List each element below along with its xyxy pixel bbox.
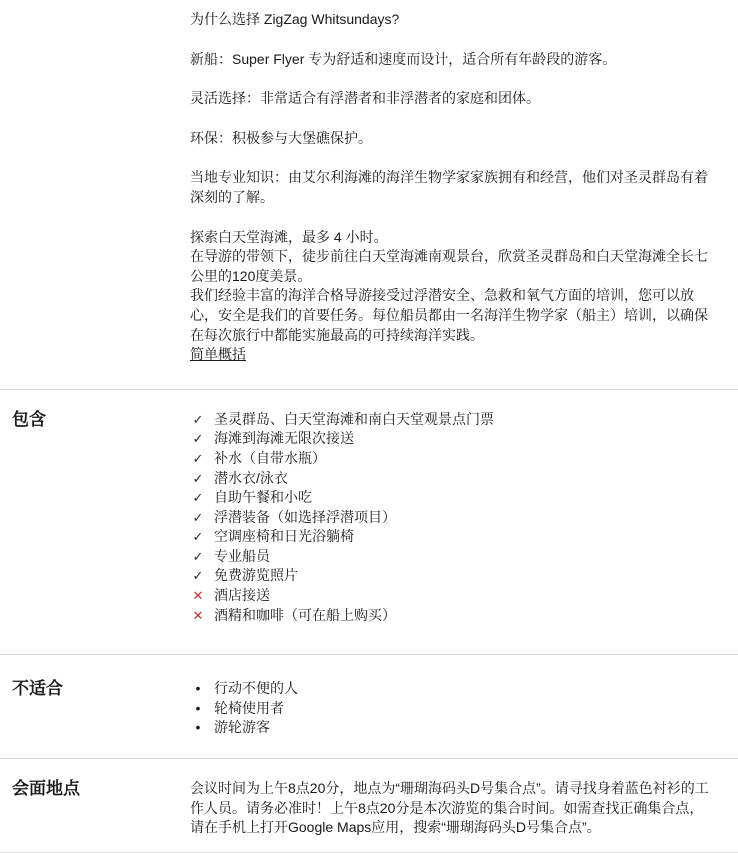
list-item-label: 圣灵群岛、白天堂海滩和南白天堂观景点门票: [214, 410, 710, 430]
meeting-point-heading: 会面地点: [12, 779, 190, 838]
intro-paragraph-new-boat: 新船：Super Flyer 专为舒适和速度而设计，适合所有年龄段的游客。: [190, 50, 710, 70]
tour-detail-page: 为什么选择 ZigZag Whitsundays? 新船：Super Flyer…: [0, 0, 738, 853]
included-item: ✓ 海滩到海滩无限次接送: [190, 429, 710, 449]
check-icon: ✓: [190, 527, 206, 547]
not-suitable-heading: 不适合: [12, 679, 190, 738]
check-icon: ✓: [190, 488, 206, 508]
tour-details-block: 探索白天堂海滩，最多 4 小时。 在导游的带领下，徒步前往白天堂海滩南观景台，欣…: [190, 228, 710, 346]
list-item-label: 空调座椅和日光浴躺椅: [214, 527, 710, 547]
intro-paragraph-flexible: 灵活选择：非常适合有浮潜者和非浮潜者的家庭和团体。: [190, 89, 710, 109]
list-item-label: 专业船员: [214, 547, 710, 567]
check-icon: ✓: [190, 410, 206, 430]
check-icon: ✓: [190, 469, 206, 489]
check-icon: ✓: [190, 429, 206, 449]
list-item-label: 酒精和咖啡（可在船上购买）: [214, 606, 710, 626]
list-item-label: 免费游览照片: [214, 566, 710, 586]
included-section: 包含 ✓ 圣灵群岛、白天堂海滩和南白天堂观景点门票 ✓ 海滩到海滩无限次接送 ✓…: [0, 390, 738, 655]
intro-paragraph-local-expertise: 当地专业知识：由艾尔利海滩的海洋生物学家家族拥有和经营，他们对圣灵群岛有着深刻的…: [190, 168, 710, 207]
included-item: ✕ 酒店接送: [190, 586, 710, 606]
meeting-point-text: 会议时间为上午8点20分，地点为“珊瑚海码头D号集合点”。请寻找身着蓝色衬衫的工…: [190, 779, 710, 838]
included-item: ✓ 专业船员: [190, 547, 710, 567]
included-item: ✓ 补水（自带水瓶）: [190, 449, 710, 469]
included-item: ✕ 酒精和咖啡（可在船上购买）: [190, 606, 710, 626]
check-icon: ✓: [190, 449, 206, 469]
detail-line-explore: 探索白天堂海滩，最多 4 小时。: [190, 228, 710, 248]
included-item: ✓ 空调座椅和日光浴躺椅: [190, 527, 710, 547]
list-item-label: 海滩到海滩无限次接送: [214, 429, 710, 449]
included-list: ✓ 圣灵群岛、白天堂海滩和南白天堂观景点门票 ✓ 海滩到海滩无限次接送 ✓ 补水…: [190, 410, 710, 626]
list-item-label: 行动不便的人: [214, 679, 710, 699]
why-choose-title: 为什么选择 ZigZag Whitsundays?: [190, 10, 710, 30]
check-icon: ✓: [190, 547, 206, 567]
detail-line-guides: 我们经验丰富的海洋合格导游接受过浮潜安全、急救和氧气方面的培训，您可以放心，安全…: [190, 286, 710, 345]
list-item-label: 轮椅使用者: [214, 699, 710, 719]
meeting-point-section: 会面地点 会议时间为上午8点20分，地点为“珊瑚海码头D号集合点”。请寻找身着蓝…: [0, 759, 738, 852]
bullet-icon: •: [190, 679, 206, 699]
check-icon: ✓: [190, 508, 206, 528]
included-item: ✓ 免费游览照片: [190, 566, 710, 586]
bullet-icon: •: [190, 699, 206, 719]
included-item: ✓ 潜水衣/泳衣: [190, 469, 710, 489]
detail-line-lookout: 在导游的带领下，徒步前往白天堂海滩南观景台，欣赏圣灵群岛和白天堂海滩全长七公里的…: [190, 247, 710, 286]
intro-paragraph-eco: 环保：积极参与大堡礁保护。: [190, 129, 710, 149]
list-item-label: 潜水衣/泳衣: [214, 469, 710, 489]
list-item-label: 自助午餐和小吃: [214, 488, 710, 508]
list-item-label: 酒店接送: [214, 586, 710, 606]
summary-link[interactable]: 简单概括: [190, 345, 246, 365]
check-icon: ✓: [190, 566, 206, 586]
list-item-label: 补水（自带水瓶）: [214, 449, 710, 469]
not-suitable-section: 不适合 • 行动不便的人 • 轮椅使用者 • 游轮游客: [0, 655, 738, 758]
bullet-icon: •: [190, 718, 206, 738]
included-item: ✓ 自助午餐和小吃: [190, 488, 710, 508]
not-suitable-item: • 游轮游客: [190, 718, 710, 738]
included-item: ✓ 圣灵群岛、白天堂海滩和南白天堂观景点门票: [190, 410, 710, 430]
included-item: ✓ 浮潜装备（如选择浮潜项目）: [190, 508, 710, 528]
why-choose-section: 为什么选择 ZigZag Whitsundays? 新船：Super Flyer…: [0, 0, 738, 389]
list-item-label: 浮潜装备（如选择浮潜项目）: [214, 508, 710, 528]
list-item-label: 游轮游客: [214, 718, 710, 738]
not-suitable-item: • 行动不便的人: [190, 679, 710, 699]
cross-icon: ✕: [190, 586, 206, 606]
included-heading: 包含: [12, 410, 190, 626]
not-suitable-list: • 行动不便的人 • 轮椅使用者 • 游轮游客: [190, 679, 710, 738]
cross-icon: ✕: [190, 606, 206, 626]
not-suitable-item: • 轮椅使用者: [190, 699, 710, 719]
